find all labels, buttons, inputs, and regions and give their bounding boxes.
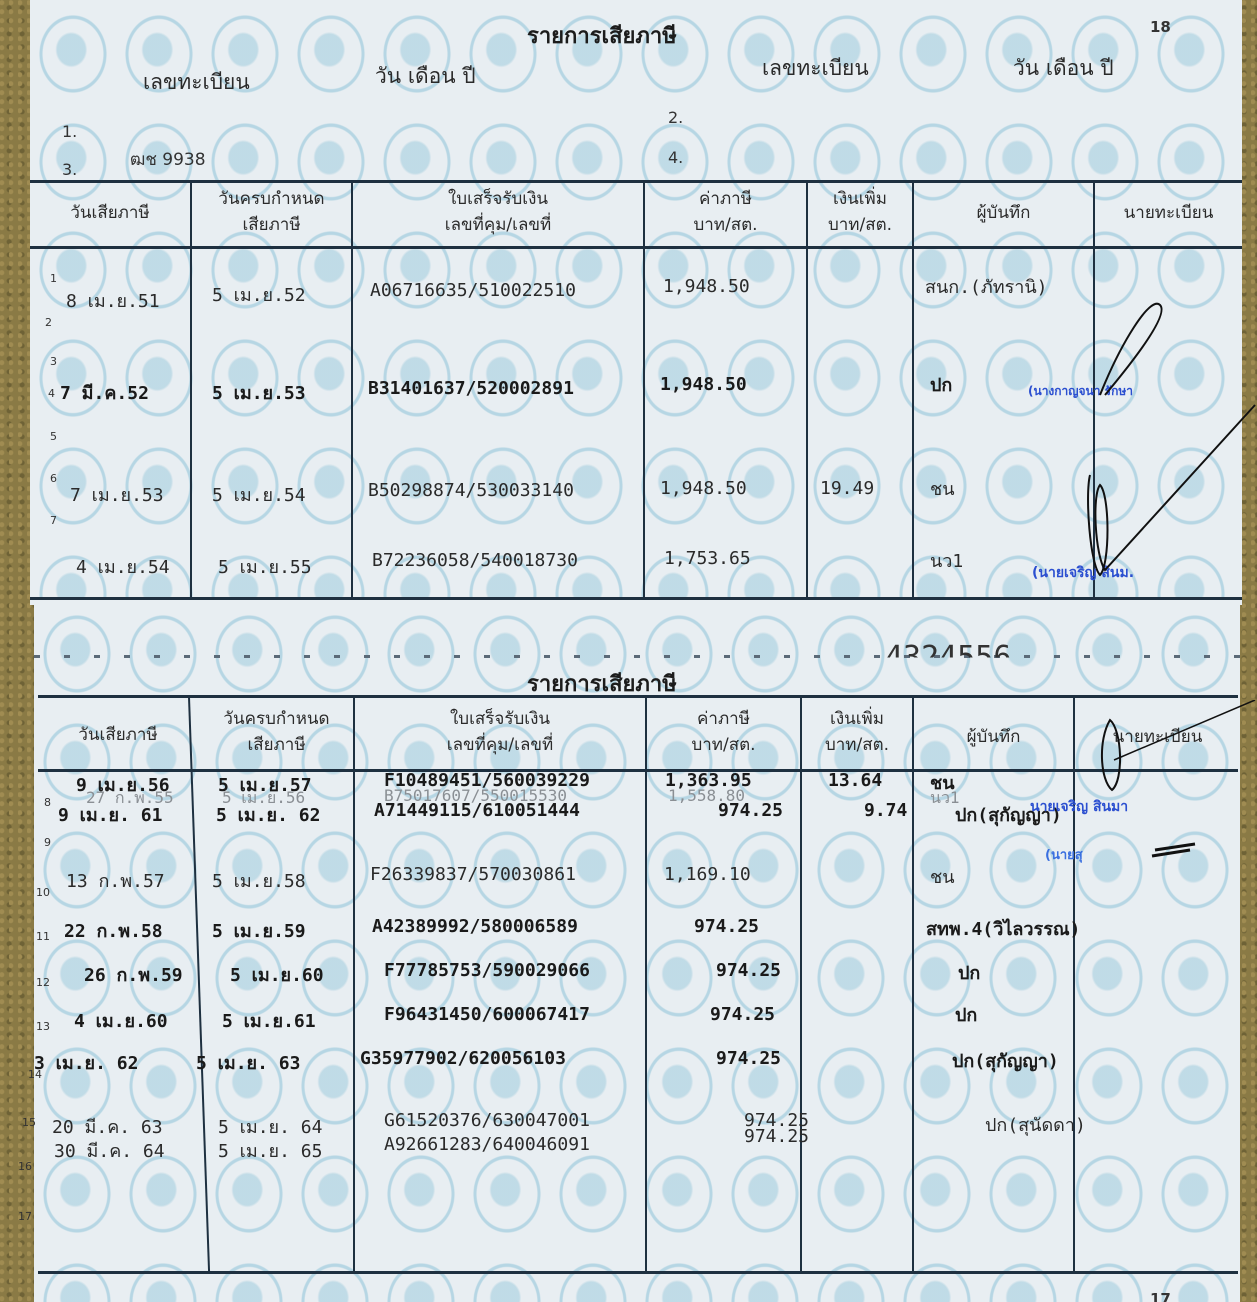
receipt-number: A06716635/510022510 [370, 280, 576, 301]
registration-line-1: 1. [62, 122, 77, 141]
header-text: บาท/สต. [802, 732, 912, 758]
tax-amount: 1,948.50 [660, 374, 747, 395]
header-text: เสียภาษี [192, 212, 351, 238]
column-header-paid-date: วันเสียภาษี [38, 722, 198, 748]
column-header-paid-date: วันเสียภาษี [30, 200, 190, 226]
registration-plate-value: ฒช 9938 [130, 146, 206, 173]
receipt-number: A71449115/610051444 [374, 800, 580, 821]
registration-label-right: เลขทะเบียน [762, 52, 869, 85]
receipt-number: B31401637/520002891 [368, 378, 574, 399]
table-top-border [38, 695, 1238, 698]
receipt-number: B50298874/530033140 [368, 480, 574, 501]
row-number: 4 [48, 387, 55, 400]
column-header-receipt: ใบเสร็จรับเงินเลขที่คุม/เลขที่ [355, 706, 645, 758]
header-text: ผู้บันทึก [914, 200, 1093, 226]
due-date: 5 เม.ย.55 [218, 552, 312, 581]
row-number: 13 [36, 1020, 50, 1033]
paid-date: 13 ก.พ.57 [66, 866, 165, 895]
registration-line-3: 3. [62, 160, 77, 179]
receipt-number: F77785753/590029066 [384, 960, 590, 981]
paid-date: 7 มี.ค.52 [60, 378, 149, 407]
header-text: บาท/สต. [647, 732, 800, 758]
date-label-right: วัน เดือน ปี [1013, 52, 1114, 85]
header-text: นายทะเบียน [1095, 200, 1242, 226]
recorder: สทพ.4(วิไลวรรณ) [926, 914, 1080, 943]
tax-amount: 974.25 [694, 916, 759, 937]
row-number: 15 [22, 1116, 36, 1129]
row-number: 8 [44, 796, 51, 809]
header-text: บาท/สต. [808, 212, 912, 238]
header-text: วันครบกำหนด [192, 186, 351, 212]
tax-amount: 974.25 [744, 1126, 809, 1147]
receipt-number: B72236058/540018730 [372, 550, 578, 571]
header-text: เสียภาษี [200, 732, 353, 758]
paid-date: 4 เม.ย.54 [76, 552, 170, 581]
paid-date: 30 มี.ค. 64 [54, 1136, 165, 1165]
paid-date: 8 เม.ย.51 [66, 286, 160, 315]
header-text: เงินเพิ่ม [808, 186, 912, 212]
col-divider [645, 696, 647, 1271]
column-header-receipt: ใบเสร็จรับเงินเลขที่คุม/เลขที่ [353, 186, 643, 238]
row-number: 11 [36, 930, 50, 943]
registrar-name-stamp: (นายสุ [1045, 844, 1083, 865]
page-title-top: รายการเสียภาษี [527, 18, 677, 53]
recorder: ชน [930, 862, 955, 891]
page-number-top: 18 [1150, 18, 1171, 36]
booklet-fold [34, 655, 1240, 658]
header-text: เงินเพิ่ม [802, 706, 912, 732]
registration-line-4: 4. [668, 148, 683, 167]
receipt-number: F26339837/570030861 [370, 864, 576, 885]
row-number: 9 [44, 836, 51, 849]
header-text: ใบเสร็จรับเงิน [353, 186, 643, 212]
column-header-surcharge: เงินเพิ่มบาท/สต. [802, 706, 912, 758]
header-text: วันครบกำหนด [200, 706, 353, 732]
signature-icon [1090, 700, 1257, 870]
row-number: 2 [45, 316, 52, 329]
column-header-due-date: วันครบกำหนดเสียภาษี [200, 706, 353, 758]
column-header-recorder: ผู้บันทึก [914, 724, 1073, 750]
recorder: ปก [930, 370, 952, 399]
recorder: ปก(สุนัดดา) [985, 1110, 1086, 1139]
receipt-number: A42389992/580006589 [372, 916, 578, 937]
page-number-bottom: 17 [1150, 1290, 1171, 1302]
tax-amount: 974.25 [718, 800, 783, 821]
header-text: บาท/สต. [645, 212, 806, 238]
signature-icon [1080, 285, 1257, 605]
tax-amount: 1,753.65 [664, 548, 751, 569]
paid-date: 3 เม.ย. 62 [34, 1048, 138, 1077]
header-text: วันเสียภาษี [30, 200, 190, 226]
surcharge-amount: 9.74 [864, 800, 907, 821]
column-header-registrar: นายทะเบียน [1095, 200, 1242, 226]
row-number: 3 [50, 355, 57, 368]
due-date: 5 เม.ย.52 [212, 280, 306, 309]
column-header-due-date: วันครบกำหนดเสียภาษี [192, 186, 351, 238]
row-number: 6 [50, 472, 57, 485]
column-header-tax: ค่าภาษีบาท/สต. [645, 186, 806, 238]
column-header-recorder: ผู้บันทึก [914, 200, 1093, 226]
due-date: 5 เม.ย. 62 [216, 800, 320, 829]
table-bottom-border [38, 1271, 1238, 1274]
paid-date: 22 ก.พ.58 [64, 916, 163, 945]
header-text: ผู้บันทึก [914, 724, 1073, 750]
tax-amount: 974.25 [716, 960, 781, 981]
due-date: 5 เม.ย. 65 [218, 1136, 322, 1165]
col-divider [806, 181, 808, 597]
header-text: เลขที่คุม/เลขที่ [355, 732, 645, 758]
col-divider [1073, 696, 1075, 1271]
col-divider [912, 696, 914, 1271]
col-divider [643, 181, 645, 597]
date-label-left: วัน เดือน ปี [375, 60, 476, 93]
col-divider [912, 181, 914, 597]
recorder: ปก(สุกัญญา) [952, 1046, 1059, 1075]
column-header-tax: ค่าภาษีบาท/สต. [647, 706, 800, 758]
receipt-number: G61520376/630047001 [384, 1110, 590, 1131]
col-divider [353, 696, 355, 1271]
recorder: ชน [930, 474, 955, 503]
tax-amount: 974.25 [710, 1004, 775, 1025]
due-date: 5 เม.ย.54 [212, 480, 306, 509]
table-top-border [30, 180, 1242, 183]
registration-line-2: 2. [668, 108, 683, 127]
header-text: วันเสียภาษี [38, 722, 198, 748]
due-date: 5 เม.ย.61 [222, 1006, 316, 1035]
row-number: 12 [36, 976, 50, 989]
surcharge-amount: 19.49 [820, 478, 874, 499]
receipt-number: G35977902/620056103 [360, 1048, 566, 1069]
row-number: 1 [50, 272, 57, 285]
tax-amount: 1,169.10 [664, 864, 751, 885]
col-divider [190, 181, 192, 597]
column-header-surcharge: เงินเพิ่มบาท/สต. [808, 186, 912, 238]
row-number: 17 [18, 1210, 32, 1223]
recorder: สนก.(ภัทรานิ) [925, 272, 1048, 301]
receipt-number: F96431450/600067417 [384, 1004, 590, 1025]
row-number: 16 [18, 1160, 32, 1173]
row-number: 10 [36, 886, 50, 899]
due-date: 5 เม.ย.59 [212, 916, 306, 945]
due-date: 5 เม.ย.53 [212, 378, 306, 407]
row-number: 5 [50, 430, 57, 443]
col-divider [351, 181, 353, 597]
due-date: 5 เม.ย.60 [230, 960, 324, 989]
paid-date: 26 ก.พ.59 [84, 960, 183, 989]
tax-amount: 974.25 [716, 1048, 781, 1069]
header-text: ค่าภาษี [645, 186, 806, 212]
paid-date: 7 เม.ย.53 [70, 480, 164, 509]
receipt-number: A92661283/640046091 [384, 1134, 590, 1155]
due-date: 5 เม.ย.58 [212, 866, 306, 895]
paid-date: 9 เม.ย. 61 [58, 800, 162, 829]
col-divider [800, 696, 802, 1271]
registration-label-left: เลขทะเบียน [143, 66, 250, 99]
recorder: ปก [955, 1000, 977, 1029]
tax-amount: 1,948.50 [663, 276, 750, 297]
surcharge-amount: 13.64 [828, 770, 882, 791]
header-text: ค่าภาษี [647, 706, 800, 732]
header-text: เลขที่คุม/เลขที่ [353, 212, 643, 238]
table-header-divider [30, 246, 1242, 249]
paid-date: 4 เม.ย.60 [74, 1006, 168, 1035]
row-number: 7 [50, 514, 57, 527]
tax-amount: 1,948.50 [660, 478, 747, 499]
header-text: ใบเสร็จรับเงิน [355, 706, 645, 732]
due-date: 5 เม.ย. 63 [196, 1048, 300, 1077]
recorder: ปก [958, 958, 980, 987]
recorder: นว1 [930, 546, 963, 575]
